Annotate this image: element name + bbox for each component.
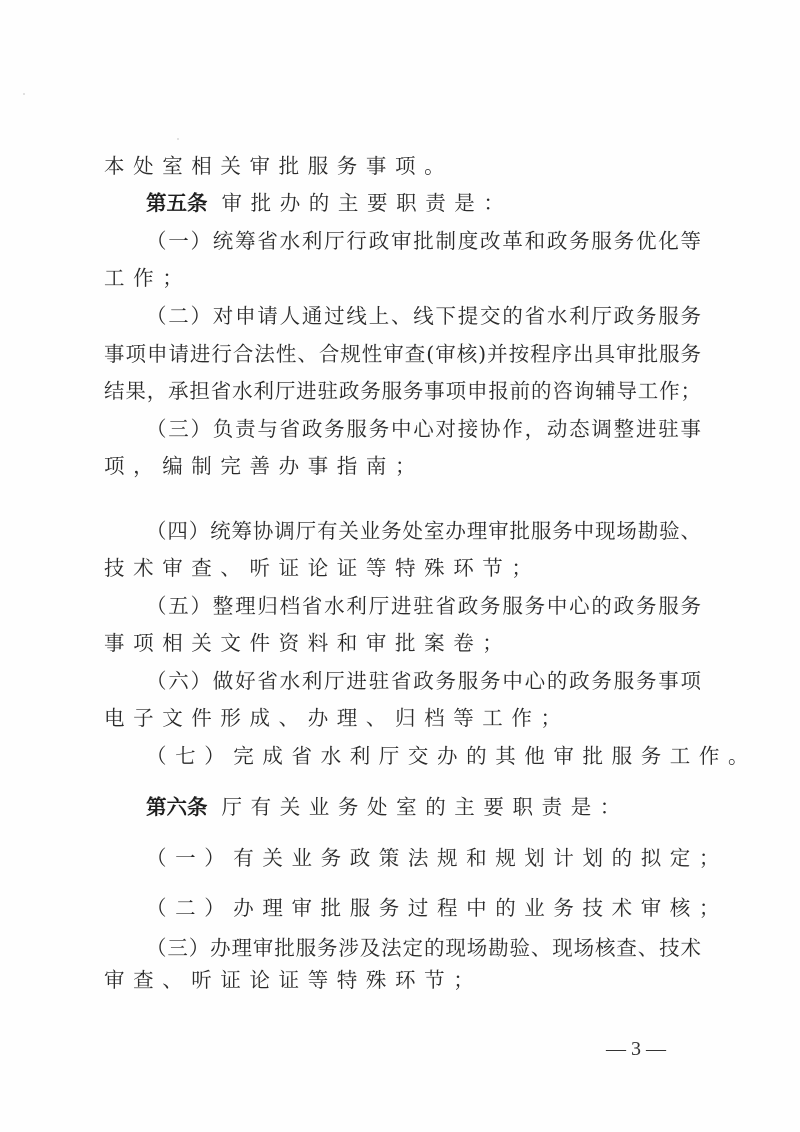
line-text: 项，编制完善办事指南； [104,454,424,478]
line-text: 本处室相关审批服务事项。 [104,154,453,178]
text-line: 工作； [104,263,701,293]
text-line: （三）办理审批服务涉及法定的现场勘验、现场核查、技术 [146,933,701,963]
text-line: （一）有关业务政策法规和规划计划的拟定； [146,843,701,873]
text-line: 本处室相关审批服务事项。 [104,151,701,181]
text-line: （六）做好省水利厅进驻省政务服务中心的政务服务事项 [146,666,701,696]
text-line: 审查、听证论证等特殊环节； [104,965,701,995]
article-heading-5: 第五条审批办的主要职责是： [146,188,701,218]
line-text: （七）完成省水利厅交办的其他审批服务工作。 [146,744,757,768]
text-line: 结果，承担省水利厅进驻政务服务事项申报前的咨询辅导工作； [104,376,701,406]
page-number: — 3 — [606,1038,666,1061]
text-line: （五）整理归档省水利厅进驻省政务服务中心的政务服务 [146,591,701,621]
scan-speck [23,93,25,95]
line-text: 审批办的主要职责是： [222,191,513,215]
text-line: （四）统筹协调厅有关业务处室办理审批服务中现场勘验、 [146,516,701,546]
text-line: 项，编制完善办事指南； [104,451,701,481]
line-text: 电子文件形成、办理、归档等工作； [104,706,570,730]
line-text: 厅有关业务处室的主要职责是： [222,795,629,819]
line-text: （三）负责与省政务服务中心对接协作，动态调整进驻事 [146,417,701,441]
line-text: 审查、听证论证等特殊环节； [104,968,482,992]
line-text: （一）统筹省水利厅行政审批制度改革和政务服务优化等 [146,229,701,253]
scan-speck [177,138,179,140]
line-text: （五）整理归档省水利厅进驻省政务服务中心的政务服务 [146,594,701,618]
line-text: （二）办理审批服务过程中的业务技术审核； [146,896,728,920]
text-line: 事项申请进行合法性、合规性审查(审核)并按程序出具审批服务 [104,339,701,369]
line-text: （六）做好省水利厅进驻省政务服务中心的政务服务事项 [146,669,701,693]
article-number: 第五条 [146,191,208,215]
line-text: 事项申请进行合法性、合规性审查(审核)并按程序出具审批服务 [104,342,701,366]
text-line: 事项相关文件资料和审批案卷； [104,628,701,658]
article-number: 第六条 [146,795,208,819]
text-line: （三）负责与省政务服务中心对接协作，动态调整进驻事 [146,414,701,444]
document-page: 本处室相关审批服务事项。 第五条审批办的主要职责是： （一）统筹省水利厅行政审批… [0,0,800,1132]
text-line: （七）完成省水利厅交办的其他审批服务工作。 [146,741,701,771]
line-text: 工作； [104,266,191,290]
text-line: （二）办理审批服务过程中的业务技术审核； [146,893,701,923]
line-text: 事项相关文件资料和审批案卷； [104,631,511,655]
line-text: 结果，承担省水利厅进驻政务服务事项申报前的咨询辅导工作； [104,379,701,403]
line-text: 技术审查、听证论证等特殊环节； [104,556,541,580]
line-text: （一）有关业务政策法规和规划计划的拟定； [146,846,728,870]
line-text: （四）统筹协调厅有关业务处室办理审批服务中现场勘验、 [146,519,701,543]
text-line: 技术审查、听证论证等特殊环节； [104,553,701,583]
line-text: （二）对申请人通过线上、线下提交的省水利厅政务服务 [146,304,701,328]
article-heading-6: 第六条厅有关业务处室的主要职责是： [146,792,701,822]
text-line: （二）对申请人通过线上、线下提交的省水利厅政务服务 [146,301,701,331]
line-text: （三）办理审批服务涉及法定的现场勘验、现场核查、技术 [146,936,701,960]
text-line: （一）统筹省水利厅行政审批制度改革和政务服务优化等 [146,226,701,256]
text-line: 电子文件形成、办理、归档等工作； [104,703,701,733]
